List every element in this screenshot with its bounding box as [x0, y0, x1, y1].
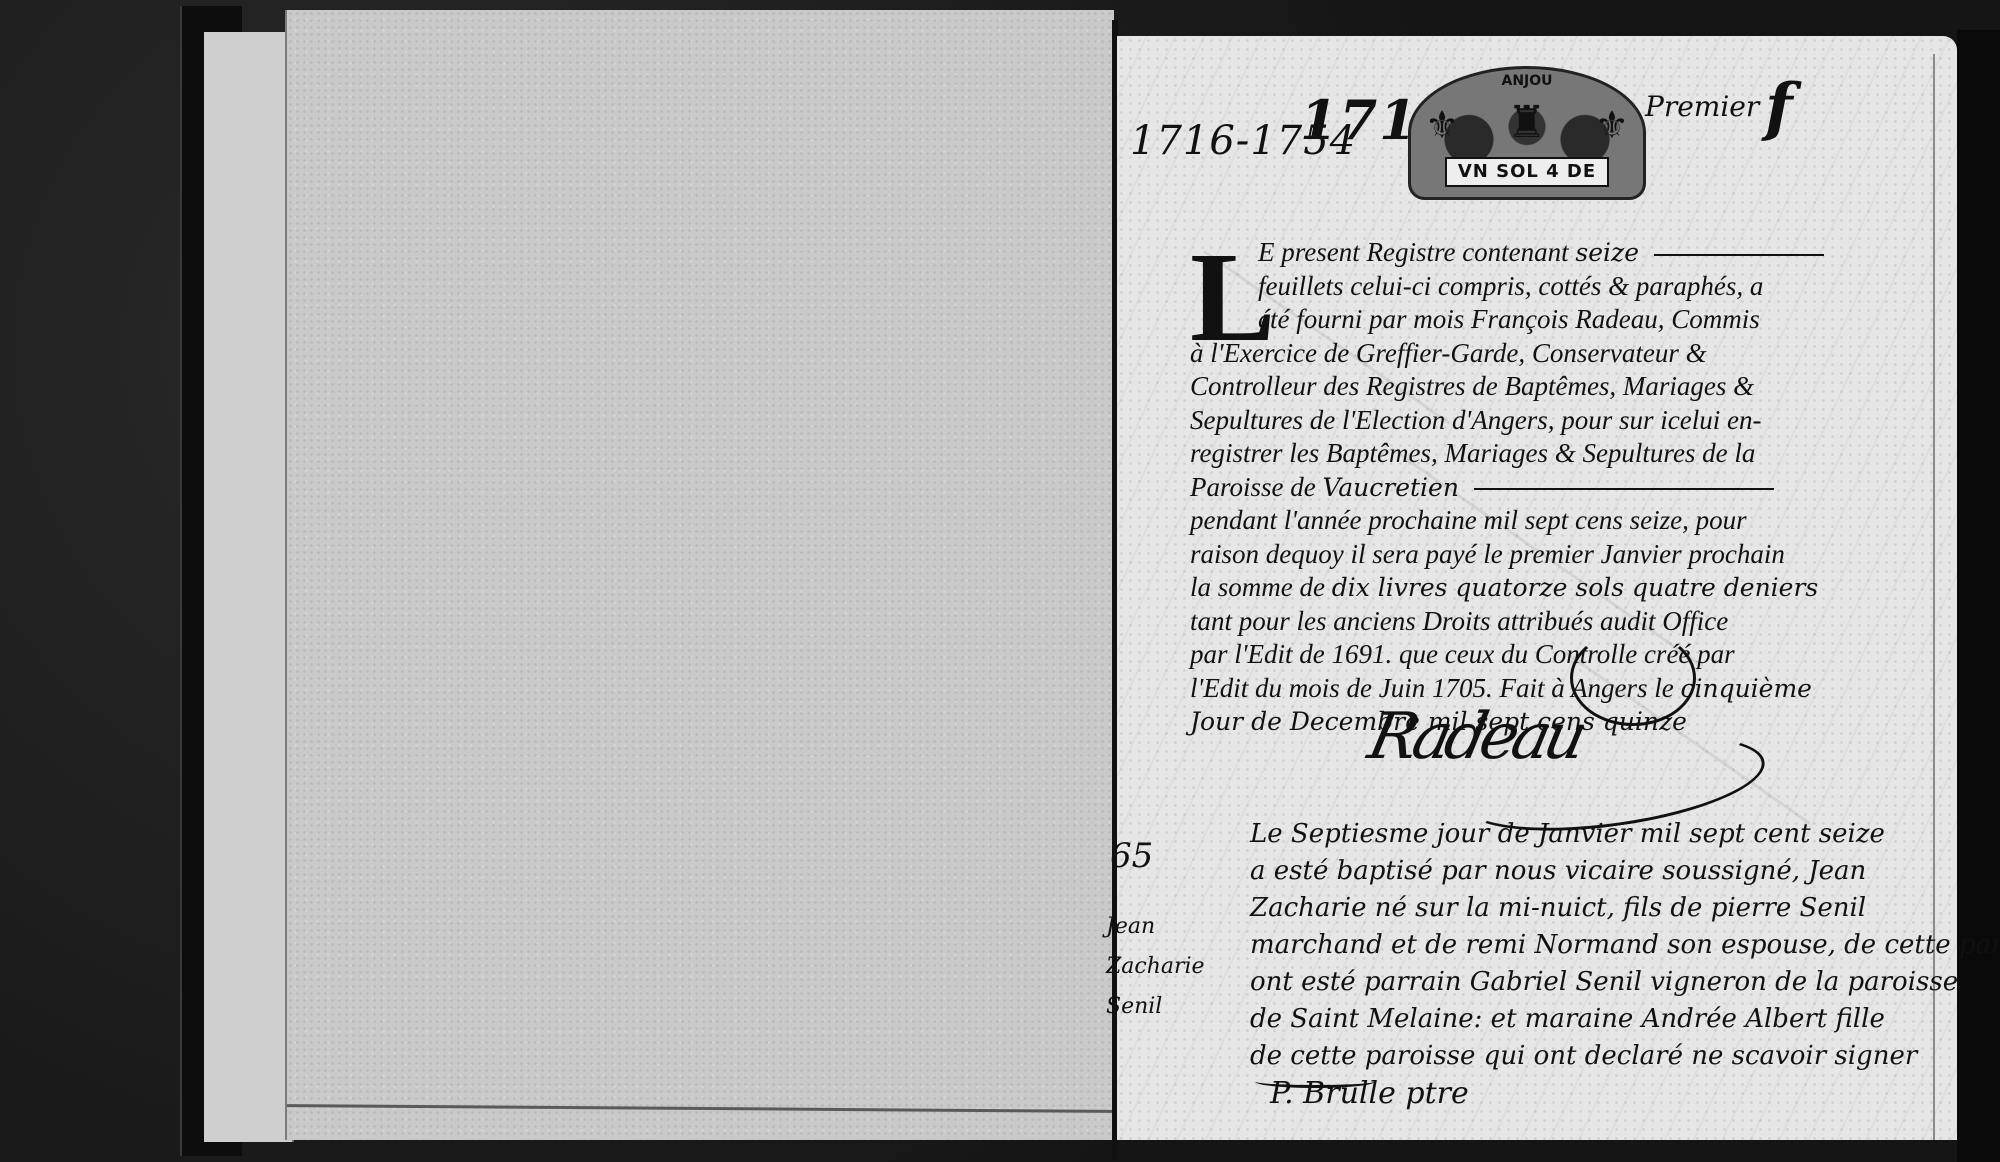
certificate-line: tant pour les anciens Droits attribués a… [1190, 605, 1850, 639]
certificate-line: à l'Exercice de Greffier-Garde, Conserva… [1190, 337, 1850, 371]
certificate-line: la somme de dix livres quatorze sols qua… [1190, 571, 1850, 605]
printed-text: à l'Exercice de Greffier-Garde, Conserva… [1190, 338, 1707, 368]
entry-line: ont esté parrain Gabriel Senil vigneron … [1170, 964, 1950, 1001]
baptism-entry: Le Septiesme jour de Janvier mil sept ce… [1170, 816, 1950, 1112]
signature-underline [1255, 1075, 1375, 1088]
certificate-line: feuillets celui-ci compris, cottés & par… [1190, 270, 1850, 304]
entry-line: a esté baptisé par nous vicaire soussign… [1170, 853, 1950, 890]
certificate-line: raison dequoy il sera payé le premier Ja… [1190, 538, 1850, 572]
left-page-blank [285, 10, 1114, 1140]
entry-line: Le Septiesme jour de Janvier mil sept ce… [1170, 816, 1950, 853]
folio-label: Premier [1645, 90, 1759, 123]
left-page-fold-line [287, 1104, 1114, 1113]
certificate-line: Sepultures de l'Election d'Angers, pour … [1190, 404, 1850, 438]
certificate-line: par l'Edit de 1691. que ceux du Controll… [1190, 638, 1850, 672]
certificate-line: pendant l'année prochaine mil sept cens … [1190, 504, 1850, 538]
certificate-line: été fourni par mois François Radeau, Com… [1190, 303, 1850, 337]
certificate-text: E present Registre contenant seize feuil… [1190, 236, 1850, 739]
printed-text: Paroisse de [1190, 472, 1316, 502]
printed-text: registrer les Baptêmes, Mariages & Sepul… [1190, 438, 1755, 468]
fill-rule [1474, 488, 1774, 490]
entry-line: de Saint Melaine: et maraine Andrée Albe… [1170, 1001, 1950, 1038]
fleur-de-lis-icon: ⚜ [1595, 103, 1629, 147]
printed-text: raison dequoy il sera payé le premier Ja… [1190, 539, 1785, 569]
handwritten-fill: cinquième [1680, 674, 1812, 703]
margin-name-line: Senil [1106, 994, 1162, 1019]
tax-stamp: ANJOU ⚜ ♜ ⚜ VN SOL 4 DE [1408, 66, 1646, 200]
back-leaf-edge [204, 32, 294, 1142]
entry-line: marchand et de remi Normand son espouse,… [1170, 927, 1950, 964]
folio-mark: f [1765, 70, 1793, 145]
printed-text: pendant l'année prochaine mil sept cens … [1190, 505, 1747, 535]
printed-text: feuillets celui-ci compris, cottés & par… [1258, 271, 1763, 301]
entry-number: 65 [1110, 836, 1153, 876]
printed-text: la somme de [1190, 572, 1325, 602]
fleur-de-lis-icon: ⚜ [1425, 103, 1459, 147]
printed-text: été fourni par mois François Radeau, Com… [1258, 304, 1760, 334]
certificate-line: Controlleur des Registres de Baptêmes, M… [1190, 370, 1850, 404]
fee-amount: dix livres quatorze sols quatre deniers [1332, 573, 1819, 602]
entry-line: Zacharie né sur la mi-nuict, fils de pie… [1170, 890, 1950, 927]
fill-rule [1654, 254, 1824, 256]
parish-name: Vaucretien [1322, 473, 1458, 502]
printed-text: Sepultures de l'Election d'Angers, pour … [1190, 405, 1761, 435]
certificate-line: registrer les Baptêmes, Mariages & Sepul… [1190, 437, 1850, 471]
certificate-line: Paroisse de Vaucretien [1190, 471, 1850, 505]
certificate-line: E present Registre contenant seize [1190, 236, 1850, 270]
signature-flourish [1570, 630, 1696, 726]
stamp-value-label: VN SOL 4 DE [1445, 157, 1609, 187]
printed-text: E present Registre contenant [1258, 237, 1569, 267]
printed-text: Controlleur des Registres de Baptêmes, M… [1190, 371, 1754, 401]
handwritten-fill: seize [1575, 238, 1639, 267]
castle-icon: ♜ [1507, 97, 1546, 148]
entry-line: de cette paroisse qui ont declaré ne sca… [1170, 1038, 1950, 1075]
stamp-top-text: ANJOU [1411, 73, 1643, 89]
margin-name-line: Jean [1106, 914, 1155, 939]
right-edge-shadow [1957, 30, 2000, 1162]
